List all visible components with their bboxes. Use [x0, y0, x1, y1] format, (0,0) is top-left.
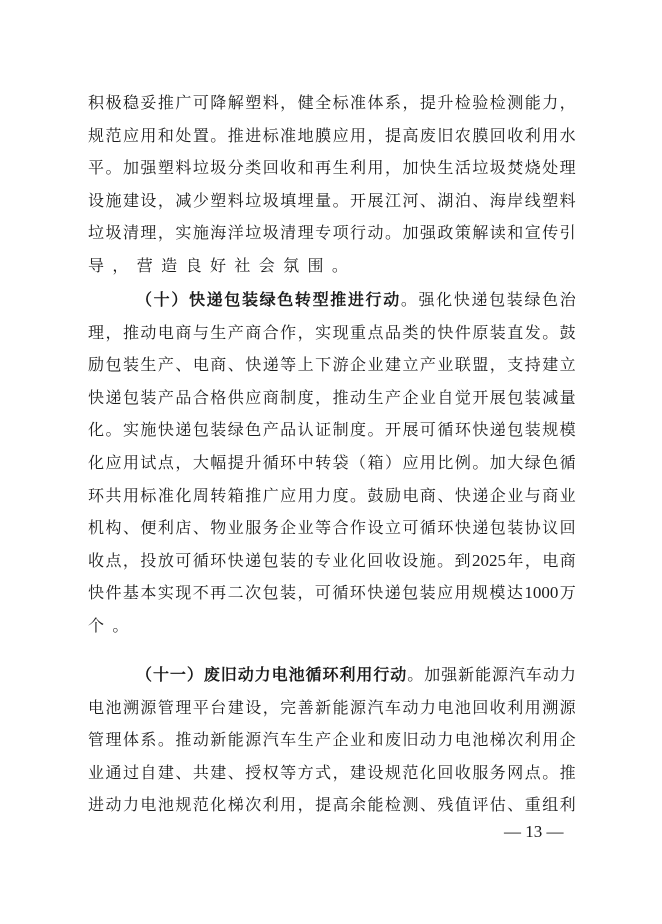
text-char: 共 [105, 484, 121, 508]
text-char: 设 [368, 516, 384, 540]
text-char: 全 [315, 91, 331, 115]
text-char: 善 [298, 696, 314, 720]
section-heading-char: 快 [189, 288, 205, 312]
text-char: 转 [210, 484, 226, 508]
text-char: 加 [402, 221, 418, 245]
text-char: 实 [123, 418, 139, 442]
text-char: 应 [437, 581, 453, 605]
text-char: 施 [105, 189, 121, 213]
text-char: 业 [420, 386, 436, 410]
text-char: ， [333, 761, 349, 785]
text-char: 达 [507, 581, 523, 605]
text-char: 建 [123, 189, 139, 213]
text-char: 置 [193, 124, 209, 148]
text-char: 清 [280, 221, 296, 245]
text-char: 、 [507, 793, 523, 817]
text-char: 递 [472, 516, 488, 540]
text-char: 电 [402, 484, 418, 508]
text-char: 准 [280, 124, 296, 148]
text-char: 装 [280, 581, 296, 605]
text-char: 利 [560, 793, 576, 817]
text-char: 等 [315, 516, 331, 540]
section-heading-char: 废 [204, 663, 220, 687]
text-char: 能 [475, 663, 491, 687]
text-char: 溯 [123, 696, 139, 720]
text-char: 用 [280, 793, 296, 817]
text-char: 政 [437, 221, 453, 245]
text-char: 良 [186, 254, 202, 278]
text-char: 商 [542, 484, 558, 508]
text-char: 强 [140, 156, 156, 180]
text-line: 化。实施快递包装绿色产品认证制度。开展可循环快递包装规模 [88, 418, 576, 442]
text-char: 装 [123, 353, 139, 377]
text-char: ， [158, 221, 174, 245]
text-char: 推 [228, 124, 244, 148]
text-char: 服 [245, 516, 261, 540]
text-char: 不 [193, 581, 209, 605]
text-char: 循 [332, 581, 348, 605]
text-char: 生 [368, 386, 384, 410]
text-char: 大 [507, 451, 523, 475]
text-char: 可 [175, 549, 191, 573]
text-char: 度 [350, 418, 366, 442]
text-char: 推 [158, 91, 174, 115]
text-char: 包 [123, 386, 139, 410]
text-char: 利 [158, 516, 174, 540]
text-char: 的 [297, 549, 313, 573]
text-char: 应 [280, 484, 296, 508]
text-char: 垃 [245, 189, 261, 213]
text-char: 农 [455, 124, 471, 148]
text-char: 理 [298, 221, 314, 245]
text-char: 建 [210, 761, 226, 785]
text-char: 理 [560, 156, 576, 180]
text-char: 收 [507, 124, 523, 148]
text-char: 可 [315, 581, 331, 605]
text-char: 方 [298, 761, 314, 785]
text-char: 万 [560, 581, 576, 605]
text-char: 力 [542, 91, 558, 115]
text-char: 收 [490, 696, 506, 720]
text-char: 业 [507, 484, 523, 508]
text-char: 1000 [524, 581, 558, 605]
text-char: 准 [350, 91, 366, 115]
text-char: 。 [333, 189, 349, 213]
text-char: 动 [350, 386, 366, 410]
text-char: 快 [88, 386, 104, 410]
section-heading-char: 循 [306, 663, 322, 687]
text-char: ， [263, 696, 279, 720]
text-char: 展 [402, 418, 418, 442]
text-char: 台 [210, 696, 226, 720]
text-char: 认 [298, 418, 314, 442]
text-char: 收 [455, 761, 471, 785]
text-char: 标 [333, 91, 349, 115]
text-char: 与 [193, 321, 209, 345]
text-char: 垃 [88, 221, 104, 245]
text-char: 会 [259, 254, 275, 278]
text-char: 洋 [228, 221, 244, 245]
text-char: 回 [437, 761, 453, 785]
text-char: 和 [368, 728, 384, 752]
text-char: 利 [263, 793, 279, 817]
text-char: 泊 [455, 189, 471, 213]
text-char: 包 [263, 581, 279, 605]
text-char: ， [298, 321, 314, 345]
text-char: 支 [507, 353, 523, 377]
text-char: 圾 [210, 156, 226, 180]
section-heading-char: （ [136, 663, 152, 687]
text-line: 化应用试点，大幅提升循环中转袋（箱）应用比例。加大绿色循 [88, 451, 576, 475]
text-char: 过 [123, 761, 139, 785]
text-char: 应 [333, 124, 349, 148]
text-line: （十一）废旧动力电池循环利用行动。加强新能源汽车动力 [88, 663, 576, 687]
text-char: 管 [158, 696, 174, 720]
text-char: 。 [105, 156, 121, 180]
section-heading-char: 池 [289, 663, 305, 687]
text-char: 联 [455, 353, 471, 377]
text-char: 件 [455, 321, 471, 345]
text-char: 广 [263, 484, 279, 508]
text-char: 等 [280, 761, 296, 785]
text-char: 提 [385, 124, 401, 148]
text-char: 产 [263, 418, 279, 442]
text-char: 点 [105, 549, 121, 573]
text-char: 梯 [228, 793, 244, 817]
text-char: 新 [210, 728, 226, 752]
text-char: 加 [402, 156, 418, 180]
text-char: 循 [420, 516, 436, 540]
text-char: 企 [402, 386, 418, 410]
text-char: 料 [560, 189, 576, 213]
text-char: ， [158, 189, 174, 213]
text-char: 通 [105, 761, 121, 785]
text-line: 导，营造良好社会氛围。 [88, 254, 576, 278]
text-char: 生 [210, 321, 226, 345]
text-char: 可 [193, 91, 209, 115]
text-char: 服 [472, 761, 488, 785]
text-char: 生 [140, 353, 156, 377]
text-char: 料 [175, 156, 191, 180]
text-char: 店 [175, 516, 191, 540]
text-char: 建 [228, 696, 244, 720]
text-char: 企 [490, 484, 506, 508]
text-char: 产 [420, 353, 436, 377]
text-char: 膜 [315, 124, 331, 148]
text-char: 、 [228, 761, 244, 785]
text-char: 设 [402, 549, 418, 573]
text-char: 式 [315, 761, 331, 785]
text-line: 理，推动电商与生产商合作，实现重点品类的快件原装直发。鼓 [88, 321, 576, 345]
text-line: 快递包装产品合格供应商制度，推动生产企业自觉开展包装减量 [88, 386, 576, 410]
text-char: 自 [437, 386, 453, 410]
text-char: 地 [298, 124, 314, 148]
text-char: 收 [385, 549, 401, 573]
text-char: 快 [228, 549, 244, 573]
text-char: 产 [158, 353, 174, 377]
text-char: 现 [175, 581, 191, 605]
text-char: 源 [140, 696, 156, 720]
text-char: 证 [315, 418, 331, 442]
text-char: 生 [298, 728, 314, 752]
text-char: 度 [298, 386, 314, 410]
text-char: 海 [490, 189, 506, 213]
text-char: 业 [437, 353, 453, 377]
text-char: 池 [455, 696, 471, 720]
text-char: 业 [298, 516, 314, 540]
text-char: ） [385, 451, 401, 475]
text-char: 。 [542, 321, 558, 345]
text-char: 施 [193, 221, 209, 245]
text-char: 游 [333, 353, 349, 377]
text-char: 用 [140, 124, 156, 148]
text-char: 化 [210, 793, 226, 817]
text-char: 业 [368, 353, 384, 377]
text-char: 进 [88, 793, 104, 817]
text-char: 、 [472, 189, 488, 213]
text-char: 。 [350, 484, 366, 508]
text-char: 企 [350, 353, 366, 377]
text-char: 完 [280, 696, 296, 720]
text-line: 快件基本实现不再二次包装，可循环快递包装应用规模达1000万 [88, 581, 576, 605]
text-char: 、 [228, 353, 244, 377]
text-char: 推 [333, 386, 349, 410]
text-char: 实 [158, 581, 174, 605]
text-char: 电 [140, 793, 156, 817]
text-char: 回 [472, 696, 488, 720]
text-line: 管理体系。推动新能源汽车生产企业和废旧动力电池梯次利用企 [88, 728, 576, 752]
text-char: 回 [367, 549, 383, 573]
text-char: 可 [402, 516, 418, 540]
text-char: 商 [420, 484, 436, 508]
text-char: 溯 [542, 696, 558, 720]
text-char: 业 [88, 761, 104, 785]
text-char: 点 [368, 321, 384, 345]
text-char: 、 [123, 516, 139, 540]
text-char: 装 [525, 418, 541, 442]
section-heading-char: 包 [224, 288, 240, 312]
text-char: 周 [193, 484, 209, 508]
text-char: 。 [105, 418, 121, 442]
text-char: 策 [455, 221, 471, 245]
text-char: 旧 [402, 728, 418, 752]
text-char: 递 [263, 353, 279, 377]
text-char: 二 [228, 581, 244, 605]
text-char: 应 [123, 124, 139, 148]
text-char: 业 [228, 516, 244, 540]
text-char: 、 [420, 793, 436, 817]
text-char: 电 [437, 696, 453, 720]
text-char: 务 [490, 761, 506, 785]
text-char: 快 [455, 516, 471, 540]
text-char: 上 [298, 353, 314, 377]
text-char: 商 [210, 353, 226, 377]
text-char: 升 [245, 451, 261, 475]
text-char: 导 [88, 254, 104, 278]
text-char: 用 [368, 156, 384, 180]
text-char: 江 [385, 189, 401, 213]
text-char: 塑 [542, 189, 558, 213]
text-char: 格 [210, 386, 226, 410]
text-char: 动 [193, 728, 209, 752]
text-char: 实 [315, 321, 331, 345]
text-char: 施 [140, 418, 156, 442]
text-char: 装 [420, 581, 436, 605]
text-char: 旧 [437, 124, 453, 148]
text-char: 理 [175, 696, 191, 720]
text-char: 膜 [472, 124, 488, 148]
text-char: 汽 [368, 696, 384, 720]
text-char: 鼓 [368, 484, 384, 508]
text-char: 力 [437, 728, 453, 752]
text-char: 快 [454, 288, 470, 312]
text-char: 用 [298, 484, 314, 508]
text-char: 标 [140, 484, 156, 508]
text-char: 治 [560, 288, 576, 312]
text-char: 车 [280, 728, 296, 752]
text-char: 装 [210, 418, 226, 442]
text-char: 电 [88, 696, 104, 720]
text-char: ， [112, 254, 128, 278]
text-char: 绿 [524, 288, 540, 312]
text-char: 电 [542, 549, 558, 573]
text-char: ， [105, 321, 121, 345]
section-heading-char: 十 [154, 288, 170, 312]
text-char: 健 [298, 91, 314, 115]
text-char: 。 [385, 221, 401, 245]
text-char: 业 [560, 484, 576, 508]
text-char: 规 [88, 124, 104, 148]
text-char: 模 [489, 581, 505, 605]
text-char: 包 [489, 288, 505, 312]
text-char: 力 [420, 696, 436, 720]
text-char: 企 [280, 516, 296, 540]
text-char: 施 [420, 549, 436, 573]
text-char: 建 [542, 353, 558, 377]
text-char: 组 [542, 793, 558, 817]
text-char: 梯 [490, 728, 506, 752]
text-char: 河 [402, 189, 418, 213]
text-char: 源 [560, 696, 576, 720]
text-line: 积极稳妥推广可降解塑料，健全标准体系，提升检验检测能力， [88, 91, 576, 115]
text-char: 减 [175, 189, 191, 213]
section-heading-char: 行 [373, 663, 389, 687]
text-char: 圾 [263, 221, 279, 245]
text-char: 包 [402, 581, 418, 605]
text-char: 动 [140, 321, 156, 345]
text-char: 营 [137, 254, 153, 278]
text-char: 个 [88, 614, 104, 638]
text-char: 袋 [333, 451, 349, 475]
text-char: 。 [472, 451, 488, 475]
text-char: 装 [525, 386, 541, 410]
text-char: 车 [385, 696, 401, 720]
text-char: 快 [437, 321, 453, 345]
text-char: 包 [507, 386, 523, 410]
text-char: 体 [123, 728, 139, 752]
text-line: 垃圾清理，实施海洋垃圾清理专项行动。加强政策解读和宣传引 [88, 221, 576, 245]
text-char: 水 [560, 124, 576, 148]
text-char: 清 [123, 221, 139, 245]
text-char: ， [315, 386, 331, 410]
section-heading-char: 动 [390, 663, 406, 687]
text-char: 海 [210, 221, 226, 245]
text-char: 原 [472, 321, 488, 345]
text-char: 动 [402, 696, 418, 720]
text-char: 快 [158, 418, 174, 442]
text-line: 机构、便利店、物业服务企业等合作设立可循环快递包装协议回 [88, 516, 576, 540]
text-char: 本 [140, 581, 156, 605]
text-char: 量 [315, 189, 331, 213]
text-char: 放 [158, 549, 174, 573]
text-line: 进动力电池规范化梯次利用，提高余能检测、残值评估、重组利 [88, 793, 576, 817]
text-char: 加 [123, 156, 139, 180]
text-char: 商 [560, 549, 576, 573]
text-char: 料 [263, 91, 279, 115]
text-char: 权 [263, 761, 279, 785]
text-char: 处 [542, 156, 558, 180]
text-char: 作 [350, 516, 366, 540]
text-char: 授 [245, 761, 261, 785]
text-char: 升 [437, 91, 453, 115]
text-char: 商 [245, 321, 261, 345]
text-char: 点 [525, 761, 541, 785]
text-char: 物 [210, 516, 226, 540]
text-char: 回 [490, 124, 506, 148]
text-char: 填 [280, 189, 296, 213]
text-char: 线 [525, 189, 541, 213]
text-char: 用 [420, 451, 436, 475]
section-heading-char: ） [171, 288, 187, 312]
text-char: 。 [437, 549, 453, 573]
section-heading-char: 旧 [221, 663, 237, 687]
text-char: 作 [280, 321, 296, 345]
text-char: 。 [210, 124, 226, 148]
text-char: 应 [105, 451, 121, 475]
text-char: 色 [245, 418, 261, 442]
text-char: 环 [210, 549, 226, 573]
text-char: ， [368, 124, 384, 148]
text-char: 湖 [437, 189, 453, 213]
section-heading-char: 电 [272, 663, 288, 687]
text-char: 围 [308, 254, 324, 278]
text-char: 量 [560, 386, 576, 410]
text-char: 绿 [525, 451, 541, 475]
text-char: 品 [385, 321, 401, 345]
text-char: 再 [315, 156, 331, 180]
text-char: 快 [472, 418, 488, 442]
text-char: 。 [542, 761, 558, 785]
text-char: 箱 [228, 484, 244, 508]
text-char: 环 [437, 516, 453, 540]
text-char: 理 [140, 221, 156, 245]
text-char: 觉 [455, 386, 471, 410]
text-char: 建 [158, 761, 174, 785]
text-char: 转 [315, 451, 331, 475]
text-line: 环共用标准化周转箱推广应用力度。鼓励电商、快递企业与商业 [88, 484, 576, 508]
text-char: 利 [350, 156, 366, 180]
section-heading-char: 环 [322, 663, 338, 687]
text-line: 设施建设，减少塑料垃圾填埋量。开展江河、湖泊、海岸线塑料 [88, 189, 576, 213]
text-char: 理 [105, 728, 121, 752]
text-char: 塑 [245, 91, 261, 115]
text-char: 广 [175, 91, 191, 115]
text-char: 快 [88, 581, 104, 605]
text-char: 能 [228, 728, 244, 752]
text-char: 基 [123, 581, 139, 605]
text-char: 收 [280, 156, 296, 180]
text-char: 绿 [228, 418, 244, 442]
